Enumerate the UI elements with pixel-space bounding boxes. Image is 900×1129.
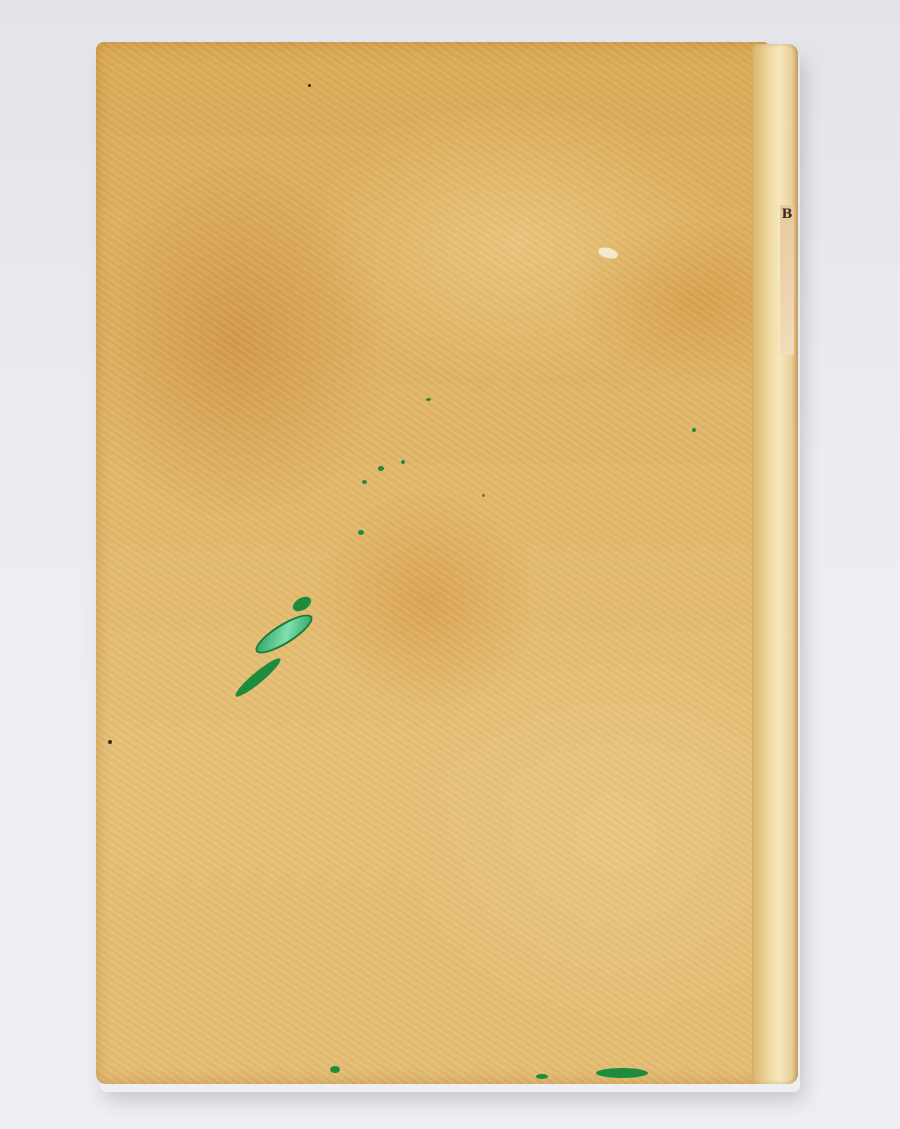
green-stain [330,1066,340,1073]
green-stain [401,460,405,464]
book-cover [96,42,768,1084]
dark-speck [108,740,112,744]
green-stain [536,1074,548,1079]
book-spine [752,44,798,1084]
green-stain [596,1068,648,1078]
dark-speck [308,84,311,87]
spine-label: B [780,205,794,355]
dark-speck [482,494,485,497]
green-stain [358,530,364,535]
green-stain [362,480,367,484]
green-stain [426,398,431,401]
vellum-texture [96,42,768,1084]
green-stain [378,466,384,471]
green-stain [692,428,696,432]
